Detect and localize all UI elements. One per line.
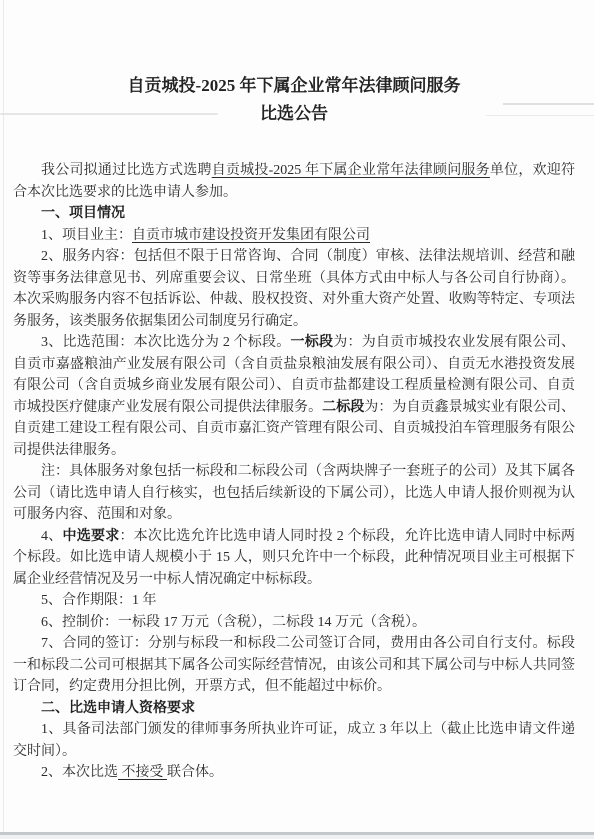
item-cooperation-term: 5、合作期限：1 年 bbox=[13, 590, 575, 612]
intro-paragraph: 我公司拟通过比选方式选聘自贡城投-2025 年下属企业常年法律顾问服务单位，欢迎… bbox=[13, 160, 575, 203]
document-title: 自贡城投-2025 年下属企业常年法律顾问服务 比选公告 bbox=[13, 72, 575, 128]
scan-edge-line bbox=[3, 0, 4, 839]
intro-underlined-project-name: 自贡城投-2025 年下属企业常年法律顾问服务 bbox=[212, 163, 490, 178]
document-title-line2: 比选公告 bbox=[13, 100, 575, 128]
section-two-label: 二标段 bbox=[322, 400, 364, 415]
item-contract-signing: 7、合同的签订：分别与标段一和标段二公司签订合同，费用由各公司自行支付。标段一和… bbox=[13, 633, 575, 698]
scanned-document-page: 自贡城投-2025 年下属企业常年法律顾问服务 比选公告 我公司拟通过比选方式选… bbox=[0, 0, 594, 839]
intro-text: 我公司拟通过比选方式选聘 bbox=[41, 163, 212, 178]
item-label: 1、项目业主： bbox=[41, 228, 132, 243]
item-award-requirements: 4、中选要求：本次比选允许比选申请人同时投 2 个标段，允许比选申请人同时中标两… bbox=[13, 526, 575, 591]
item-qualification-license: 1、具备司法部门颁发的律师事务所执业许可证，成立 3 年以上（截止比选申请文件递… bbox=[13, 719, 575, 762]
section-heading-applicant-qualifications: 二、比选申请人资格要求 bbox=[13, 698, 575, 720]
item-no-consortium: 2、本次比选 不接受 联合体。 bbox=[13, 762, 575, 784]
item-service-content: 2、服务内容：包括但不限于日常咨询、合同（制度）审核、法律法规培训、经营和融资等… bbox=[13, 246, 575, 332]
scope-text: 3、比选范围：本次比选分为 2 个标段。 bbox=[41, 335, 291, 350]
no-consortium-text: 联合体。 bbox=[167, 765, 223, 780]
note-paragraph: 注：具体服务对象包括一标段和二标段公司（含两块牌子一套班子的公司）及其下属各公司… bbox=[13, 461, 575, 526]
document-body: 我公司拟通过比选方式选聘自贡城投-2025 年下属企业常年法律顾问服务单位，欢迎… bbox=[13, 160, 575, 784]
item-selection-scope: 3、比选范围：本次比选分为 2 个标段。一标段为：为自贡市城投农业发展有限公司、… bbox=[13, 332, 575, 461]
scan-bottom-strip bbox=[0, 835, 594, 839]
section-one-label: 一标段 bbox=[291, 335, 334, 350]
no-consortium-text: 2、本次比选 bbox=[41, 765, 118, 780]
document-content: 自贡城投-2025 年下属企业常年法律顾问服务 比选公告 我公司拟通过比选方式选… bbox=[13, 72, 575, 784]
not-accepted-underlined: 不接受 bbox=[118, 765, 167, 780]
item-control-price: 6、控制价：一标段 17 万元（含税），二标段 14 万元（含税）。 bbox=[13, 612, 575, 634]
document-title-line1: 自贡城投-2025 年下属企业常年法律顾问服务 bbox=[13, 72, 575, 100]
owner-company-name: 自贡市城市建设投资开发集团有限公司 bbox=[132, 228, 370, 243]
item-project-owner: 1、项目业主：自贡市城市建设投资开发集团有限公司 bbox=[13, 225, 575, 247]
item-number: 4、 bbox=[41, 529, 62, 544]
award-requirements-label: 中选要求 bbox=[62, 529, 119, 544]
section-heading-project-info: 一、项目情况 bbox=[13, 203, 575, 225]
